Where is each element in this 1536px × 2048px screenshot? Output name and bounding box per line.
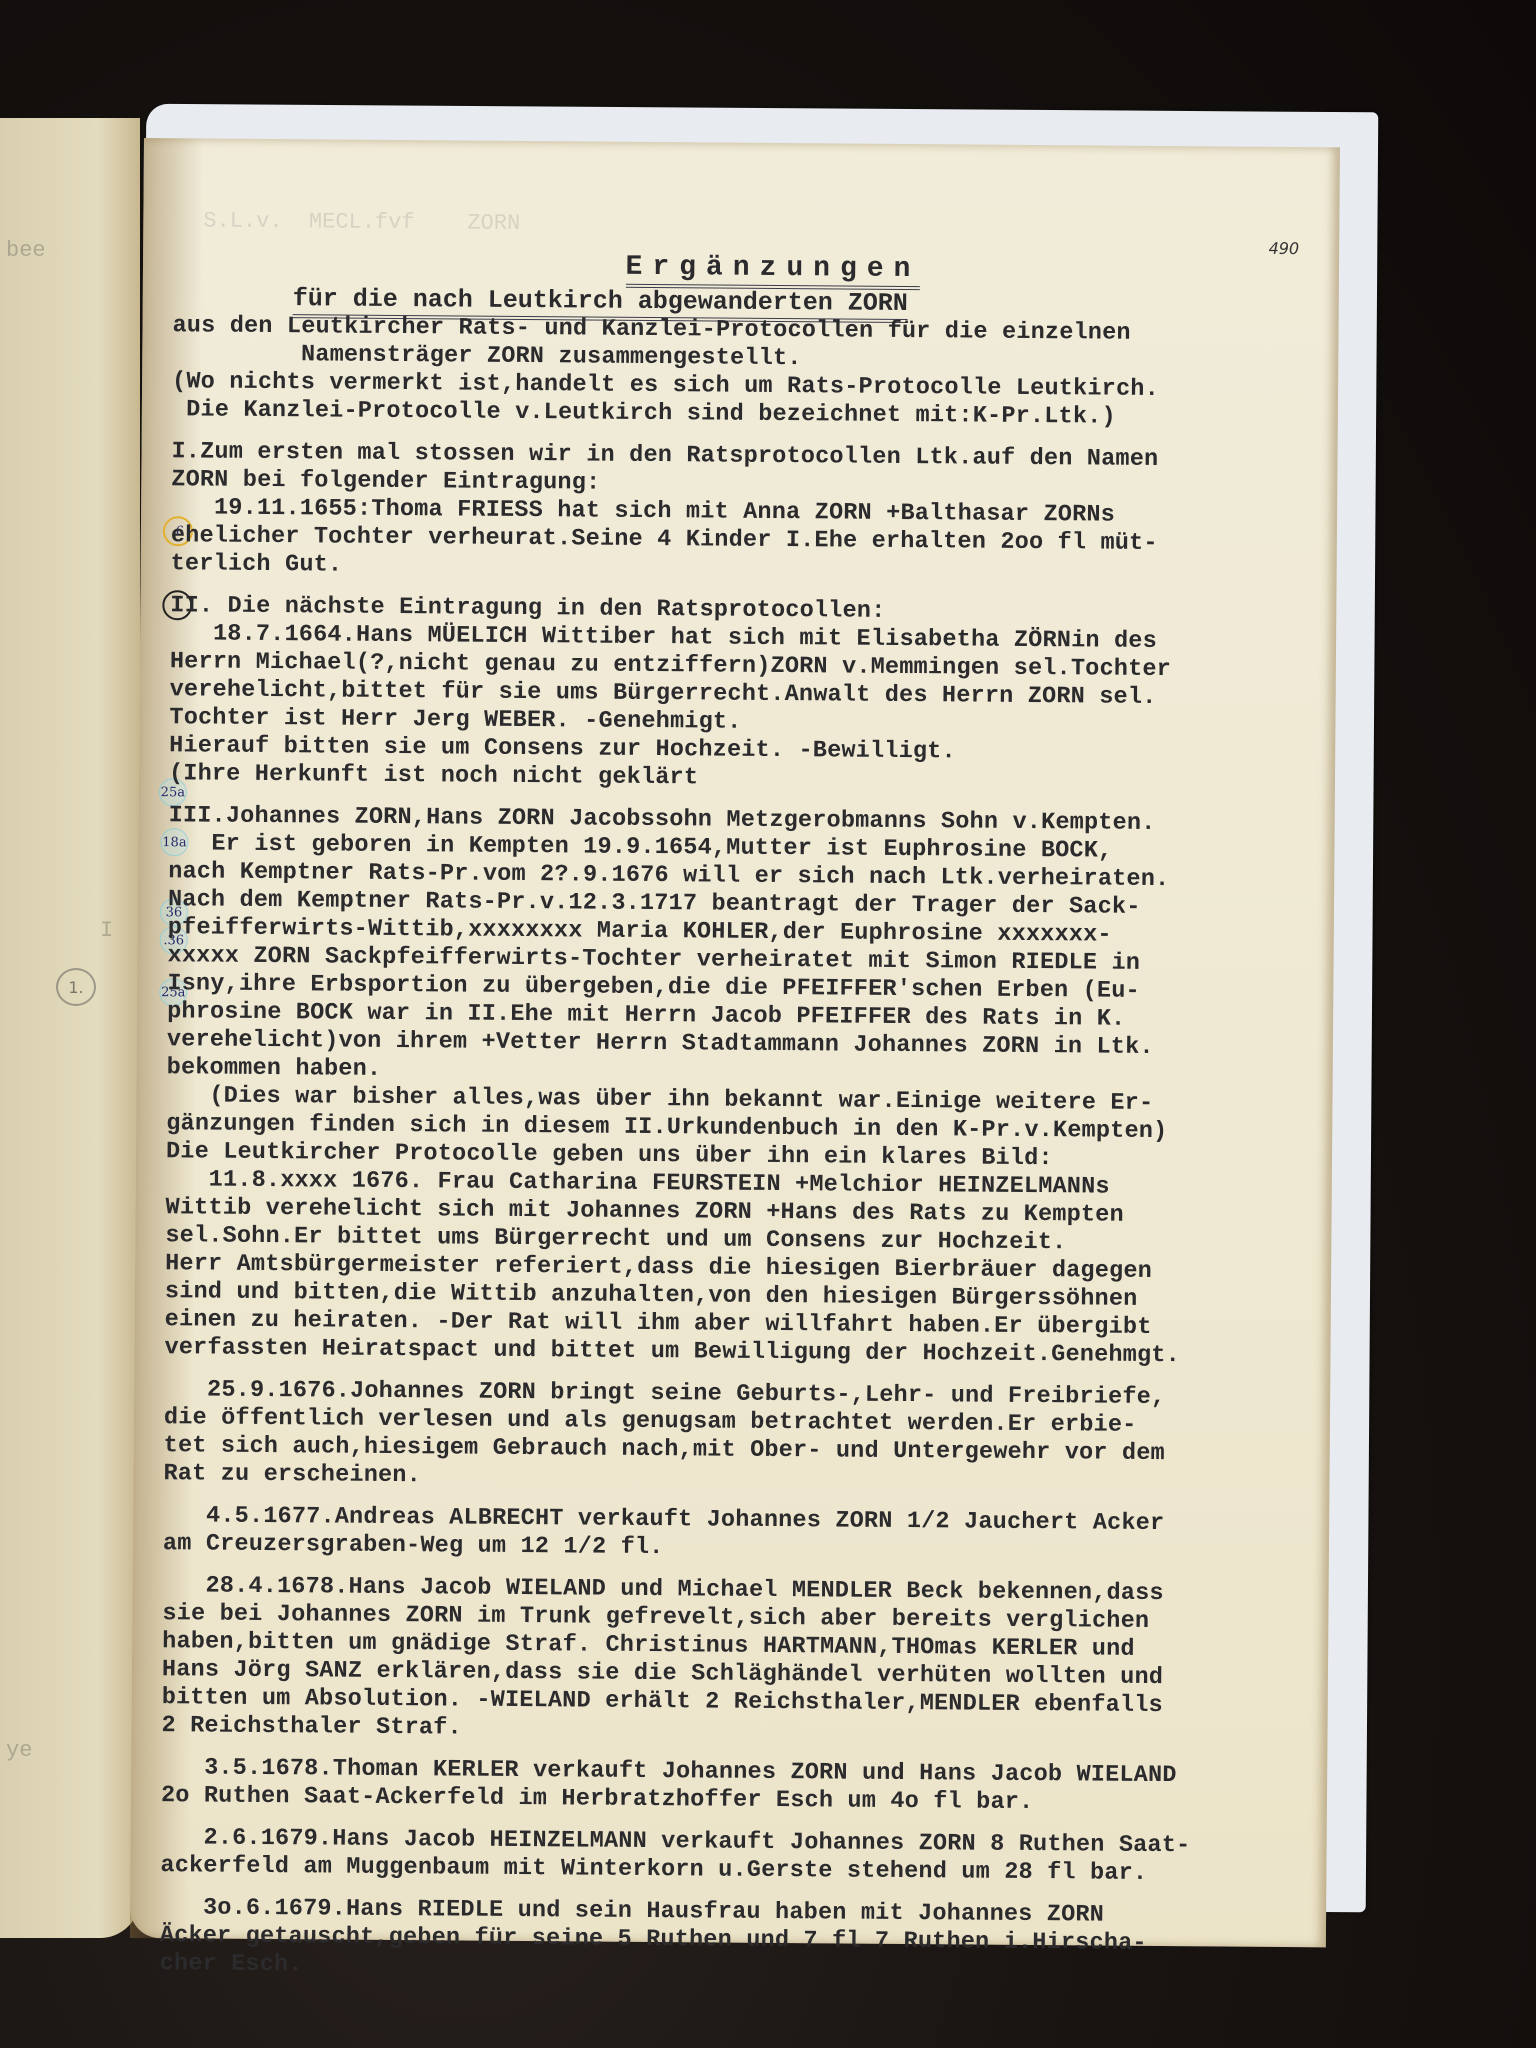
document-title: Ergänzungen (173, 248, 1313, 288)
entry: 25.9.1676.Johannes ZORN bringt seine Geb… (163, 1376, 1304, 1497)
entry: 4.5.1677.Andreas ALBRECHT verkauft Johan… (163, 1502, 1303, 1567)
margin-circle-mark: 1. (56, 968, 96, 1006)
ghost-text: bee (6, 238, 46, 263)
entry: II. Die nächste Eintragung in den Ratspr… (169, 592, 1311, 797)
entry: I.Zum ersten mal stossen wir in den Rats… (171, 438, 1312, 587)
ghost-text: ye (6, 1738, 32, 1763)
typed-content: Ergänzungen für die nach Leutkirch abgew… (160, 208, 1314, 1987)
left-facing-page: bee I ye 1. (0, 118, 140, 1938)
entries: I.Zum ersten mal stossen wir in den Rats… (160, 424, 1312, 1987)
entry: 3.5.1678.Thoman KERLER verkauft Johannes… (161, 1754, 1301, 1819)
ghost-text: I (100, 918, 113, 943)
intro-block: aus den Leutkircher Rats- und Kanzlei-Pr… (172, 312, 1313, 433)
entry: 28.4.1678.Hans Jacob WIELAND und Michael… (161, 1572, 1302, 1749)
document-page: S.L.v. MECL.fvf ZORN 490 .6 ! 25a 18a 36… (130, 138, 1340, 1947)
entry: III.Johannes ZORN,Hans ZORN Jacobssohn M… (164, 802, 1308, 1371)
entry: 2.6.1679.Hans Jacob HEINZELMANN verkauft… (160, 1824, 1300, 1889)
entry: 3o.6.1679.Hans RIEDLE und sein Hausfrau … (160, 1894, 1301, 1987)
